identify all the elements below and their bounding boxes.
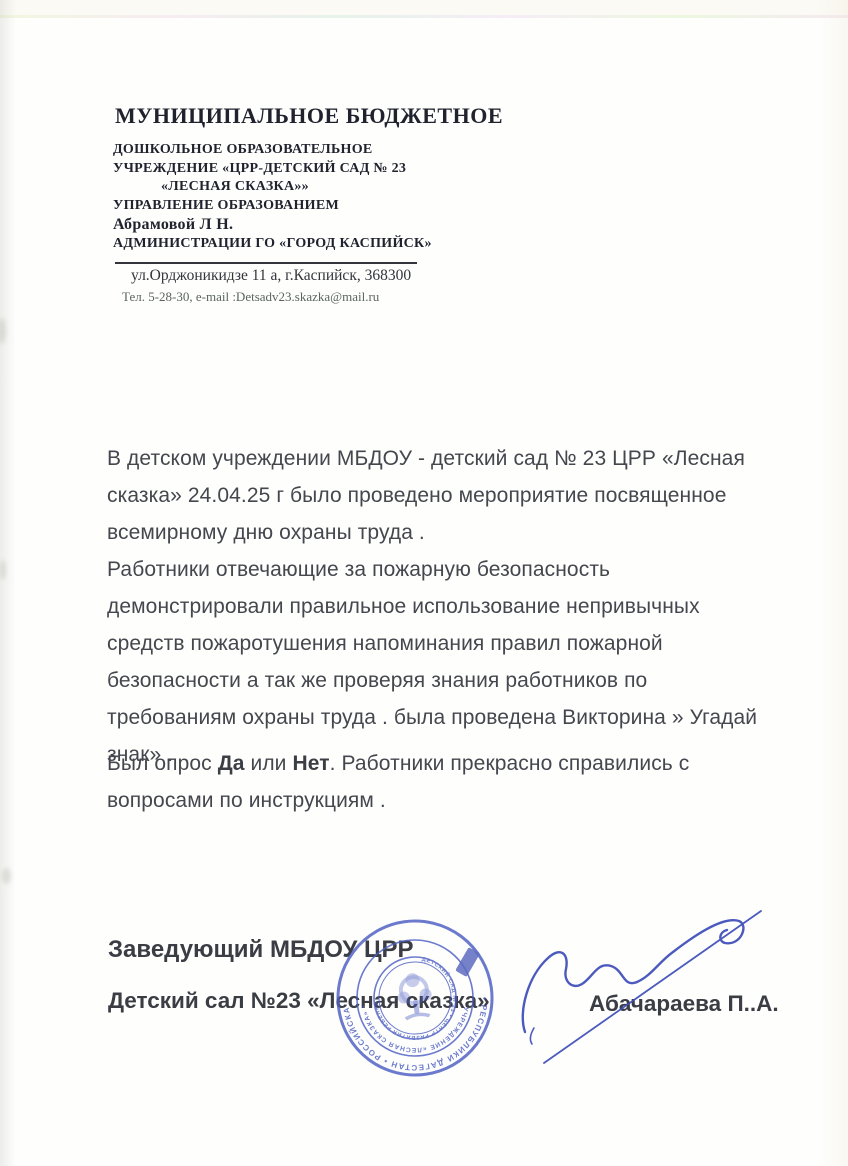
scan-artifact-line: [0, 15, 848, 18]
org-line-4: УПРАВЛЕНИЕ ОБРАЗОВАНИЕМ: [113, 197, 597, 216]
stamp-tree-emblem: [395, 971, 435, 1021]
signature: [523, 911, 761, 1063]
org-line-6: АДМИНИСТРАЦИИ ГО «ГОРОД КАСПИЙСК»: [113, 235, 597, 254]
letterhead-divider: [115, 262, 417, 264]
scan-smudge: [0, 560, 6, 580]
paragraph-quiz: Был опрос Да или Нет. Работники прекрасн…: [107, 745, 807, 819]
scan-smudge: [2, 868, 11, 884]
quiz-text-1: Был опрос: [107, 752, 218, 775]
quiz-text-2: или: [245, 752, 293, 775]
svg-text:ДЕТСКИЙ САД № 23 • ЦЕНТР РАЗВИ: ДЕТСКИЙ САД № 23 • ЦЕНТР РАЗВИТИЯ РЕБЕНК…: [320, 880, 463, 1053]
org-line-2: УЧРЕЖДЕНИЕ «ЦРР-ДЕТСКИЙ САД № 23: [113, 160, 597, 179]
scanned-letter-page: МУНИЦИПАЛЬНОЕ БЮДЖЕТНОЕ ДОШКОЛЬНОЕ ОБРАЗ…: [0, 0, 848, 1166]
scan-edge-top: [0, 0, 848, 15]
org-line-3: «ЛЕСНАЯ СКАЗКА»»: [161, 178, 597, 197]
quiz-answer-yes: Да: [218, 752, 245, 775]
round-stamp: • РЕСПУБЛИКИ ДАГЕСТАН • РОССИЙСКАЯ ФЕДЕР…: [320, 880, 502, 1088]
addressee-name: Абрамовой Л Н.: [113, 215, 597, 235]
stamp-and-signature: • РЕСПУБЛИКИ ДАГЕСТАН • РОССИЙСКАЯ ФЕДЕР…: [320, 880, 790, 1120]
org-phone-email: Тел. 5-28-30, e-mail :Detsadv23.skazka@m…: [122, 289, 379, 305]
org-title: МУНИЦИПАЛЬНОЕ БЮДЖЕТНОЕ: [115, 103, 597, 129]
stamp-ring-inner-text: ДЕТСКИЙ САД № 23 • ЦЕНТР РАЗВИТИЯ РЕБЕНК…: [320, 880, 463, 1053]
scan-edge-left: [0, 0, 16, 1166]
org-line-1: ДОШКОЛЬНОЕ ОБРАЗОВАТЕЛЬНОЕ: [113, 141, 597, 160]
paragraph-event: В детском учреждении МБДОУ - детский сад…: [107, 440, 807, 551]
scan-edge-right: [818, 0, 848, 1166]
paragraph-details: Работники отвечающие за пожарную безопас…: [107, 551, 807, 773]
quiz-answer-no: Нет: [292, 752, 329, 775]
letterhead: МУНИЦИПАЛЬНОЕ БЮДЖЕТНОЕ ДОШКОЛЬНОЕ ОБРАЗ…: [117, 103, 597, 254]
org-address: ул.Орджоникидзе 11 а, г.Каспийск, 368300: [131, 267, 411, 285]
